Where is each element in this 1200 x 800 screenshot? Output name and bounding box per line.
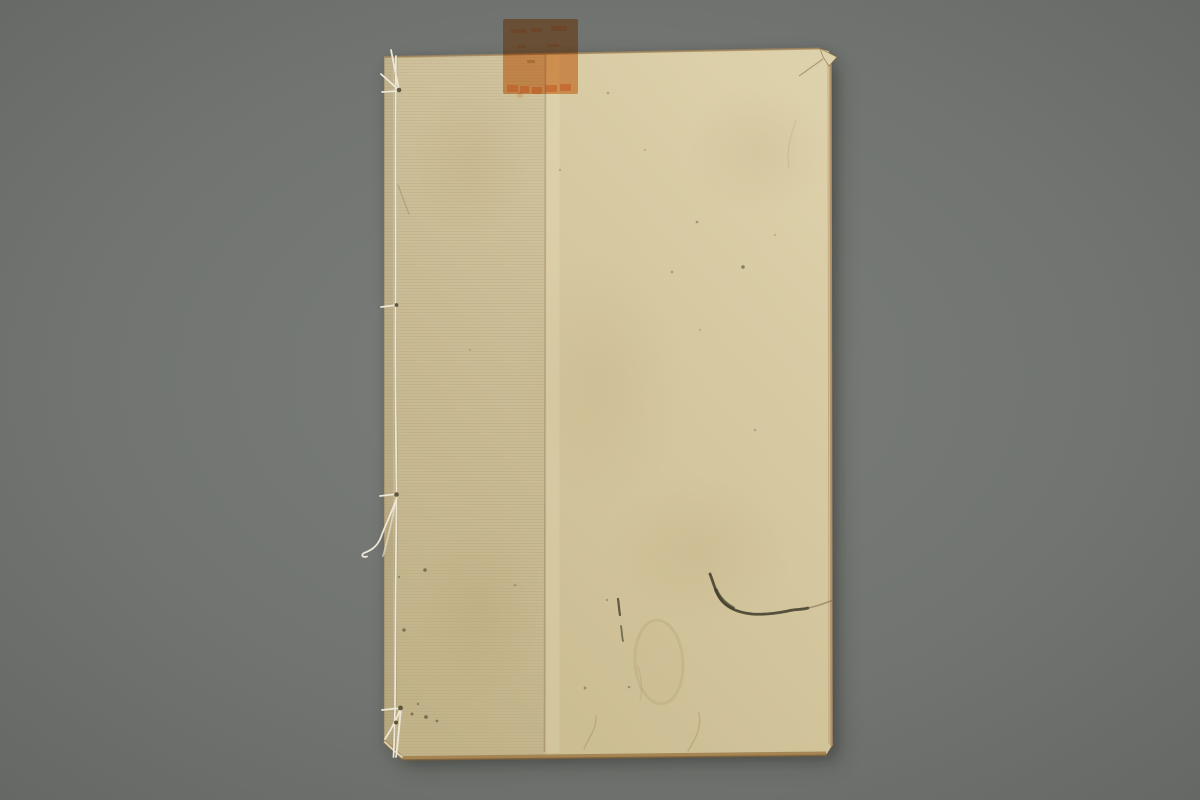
- age-blotch: [410, 80, 530, 240]
- thread-top-corner: [382, 91, 398, 92]
- stitched-book: [362, 47, 837, 761]
- age-blotch: [685, 85, 835, 215]
- archival-sticker: [503, 19, 578, 94]
- photo-of-stitched-book: [0, 0, 1200, 800]
- age-blotch: [415, 515, 545, 705]
- photo-canvas: [0, 0, 1200, 800]
- age-blotch: [605, 475, 795, 625]
- spine-edge-shading: [383, 47, 393, 761]
- age-blotch: [515, 250, 685, 510]
